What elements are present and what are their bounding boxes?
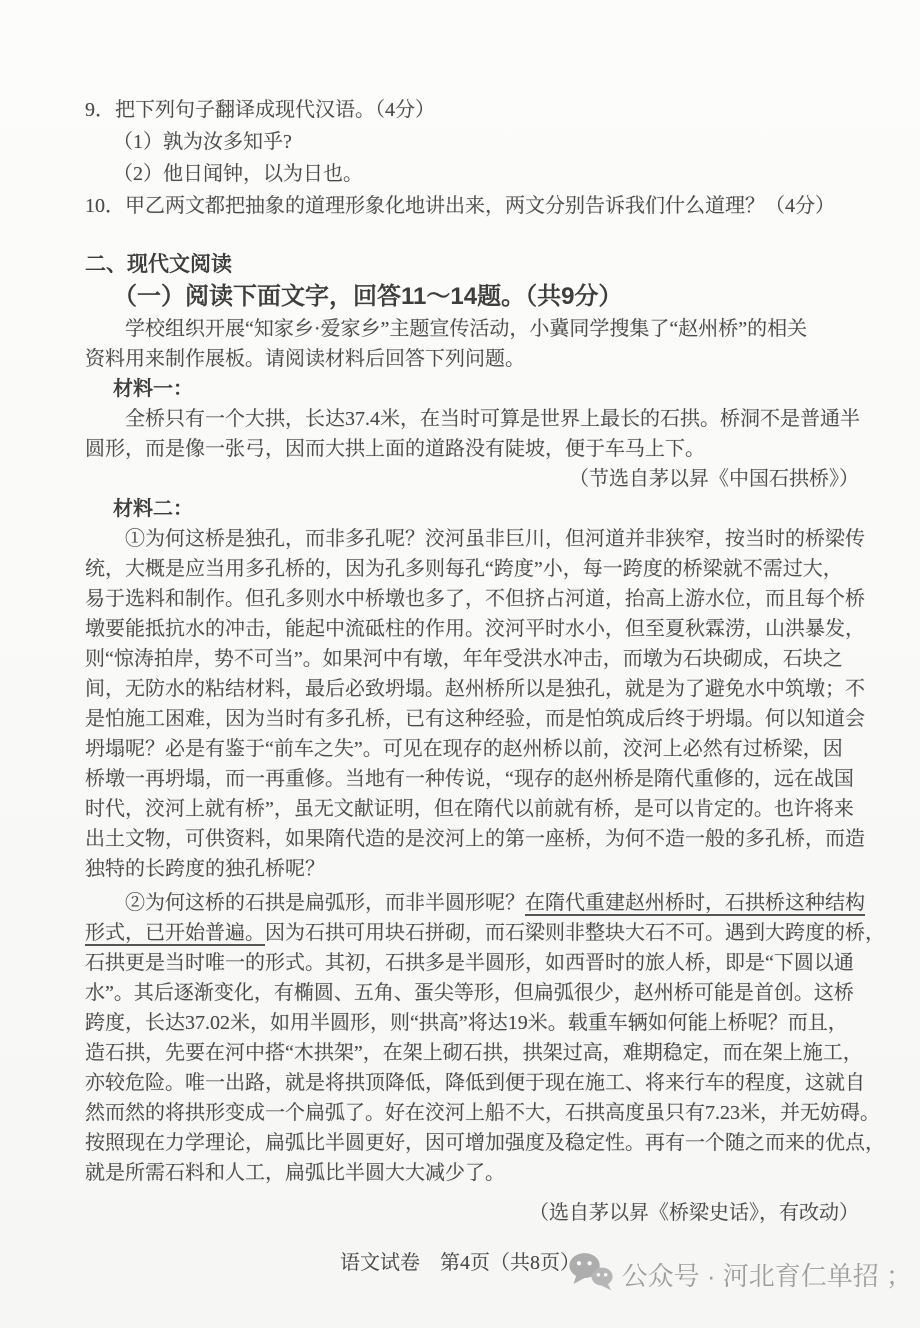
text-segment: 就是所需石料和人工，扁弧比半圆大大减少了。	[85, 1162, 505, 1184]
text-line: 桥墩一再坍塌，而一再重修。当地有一种传说，“现存的赵州桥是隋代重修的，远在战国	[85, 764, 865, 794]
questions-block: 9．把下列句子翻译成现代汉语。（4分） （1）孰为汝多知乎? （2）他日闻钟，以…	[85, 94, 865, 222]
text-segment: 然而然的将拱形变成一个扁弧了。好在洨河上船不大，石拱高度虽只有7.23米，并无妨…	[85, 1102, 880, 1124]
text-segment: 跨度，长达37.02米，如用半圆形，则“拱高”将达19米。载重车辆如何能上桥呢？…	[85, 1012, 848, 1034]
material-2-paragraph-1: ①为何这桥是独孔，而非多孔呢？洨河虽非巨川，但河道并非狭窄，按当时的桥梁传统，大…	[85, 524, 865, 884]
text-segment: 时代，洨河上就有桥”，虽无文献证明，但在隋代以前就有桥，是可以肯定的。也许将来	[85, 798, 854, 820]
section-2-block: 二、现代文阅读 （一）阅读下面文字，回答11～14题。（共9分） 学校组织开展“…	[85, 250, 865, 374]
text-line: 就是所需石料和人工，扁弧比半圆大大减少了。	[85, 1158, 865, 1188]
text-line: 造石拱，先要在河中搭“木拱架”，在架上砌石拱，拱架过高，难期稳定，而在架上施工，	[85, 1038, 865, 1068]
text-segment: 独特的长跨度的独孔桥呢？	[85, 858, 325, 880]
text-line: 易于选料和制作。但孔多则水中桥墩也多了，不但挤占河道，抬高上游水位，而且每个桥	[85, 584, 865, 614]
question-9-sub-2: （2）他日闻钟，以为日也。	[113, 158, 865, 190]
text-segment: 圆形，而是像一张弓，因而大拱上面的道路没有陡坡，便于车马上下。	[85, 438, 705, 460]
text-line: 出土文物，可供资料，如果隋代造的是洨河上的第一座桥，为何不造一般的多孔桥，而造	[85, 824, 865, 854]
material-2-attribution: （选自茅以昇《桥梁史话》，有改动）	[85, 1198, 865, 1228]
scanned-exam-page: 9．把下列句子翻译成现代汉语。（4分） （1）孰为汝多知乎? （2）他日闻钟，以…	[0, 0, 920, 1328]
text-segment: 是怕施工困难，因为当时有多孔桥，已有这种经验，而是怕筑成后终于坍塌。何以知道会	[85, 708, 865, 730]
text-segment: 水”。其后逐渐变化，有椭圆、五角、蛋尖等形，但扁弧很少，赵州桥可能是首创。这桥	[85, 982, 854, 1004]
text-line: 形式，已开始普遍。因为石拱可用块石拼砌，而石梁则非整块大石不可。遇到大跨度的桥，	[85, 918, 865, 948]
text-segment: 易于选料和制作。但孔多则水中桥墩也多了，不但挤占河道，抬高上游水位，而且每个桥	[85, 588, 865, 610]
text-line: 石拱更是当时唯一的形式。其初，石拱多是半圆形，如西晋时的旅人桥，即是“下圆以通	[85, 948, 865, 978]
text-segment: 全桥只有一个大拱，长达37.4米，在当时可算是世界上最长的石拱。桥洞不是普通半	[85, 408, 860, 430]
text-line: 间，无防水的粘结材料，最后必致坍塌。赵州桥所以是独孔，就是为了避免水中筑墩；不	[85, 674, 865, 704]
material-2-paragraph-2: ②为何这桥的石拱是扁弧形，而非半圆形呢？在隋代重建赵州桥时，石拱桥这种结构形式，…	[85, 888, 865, 1188]
wechat-icon	[568, 1251, 614, 1293]
text-line: 按照现在力学理论，扁弧比半圆更好，因可增加强度及稳定性。再有一个随之而来的优点，	[85, 1128, 865, 1158]
text-line: 全桥只有一个大拱，长达37.4米，在当时可算是世界上最长的石拱。桥洞不是普通半	[85, 404, 865, 434]
watermark: 公众号 · 河北育仁单招 ；	[568, 1256, 912, 1293]
section-subheading: （一）阅读下面文字，回答11～14题。（共9分）	[113, 280, 865, 314]
text-segment: 墩要能抵抗水的冲击，能起中流砥柱的作用。洨河平时水小，但至夏秋霖涝，山洪暴发，	[85, 618, 865, 640]
text-line: ①为何这桥是独孔，而非多孔呢？洨河虽非巨川，但河道并非狭窄，按当时的桥梁传	[85, 524, 865, 554]
underlined-text: 在隋代重建赵州桥时，石拱桥这种结构	[525, 892, 865, 914]
text-segment: 按照现在力学理论，扁弧比半圆更好，因可增加强度及稳定性。再有一个随之而来的优点，	[85, 1132, 885, 1154]
text-line: 是怕施工困难，因为当时有多孔桥，已有这种经验，而是怕筑成后终于坍塌。何以知道会	[85, 704, 865, 734]
text-line: 时代，洨河上就有桥”，虽无文献证明，但在隋代以前就有桥，是可以肯定的。也许将来	[85, 794, 865, 824]
text-line: ②为何这桥的石拱是扁弧形，而非半圆形呢？在隋代重建赵州桥时，石拱桥这种结构	[85, 888, 865, 918]
text-line: 亦较危险。唯一出路，就是将拱顶降低，降低到便于现在施工、将来行车的程度，这就自	[85, 1068, 865, 1098]
text-segment: 间，无防水的粘结材料，最后必致坍塌。赵州桥所以是独孔，就是为了避免水中筑墩；不	[85, 678, 865, 700]
material-1-label: 材料一：	[113, 374, 865, 404]
material-2-label: 材料二：	[113, 494, 865, 524]
underlined-text: 形式，已开始普遍。	[85, 922, 265, 944]
text-segment: 资料用来制作展板。请阅读材料后回答下列问题。	[85, 348, 525, 370]
material-2-block: 材料二： ①为何这桥是独孔，而非多孔呢？洨河虽非巨川，但河道并非狭窄，按当时的桥…	[85, 494, 865, 1188]
text-segment: 桥墩一再坍塌，而一再重修。当地有一种传说，“现存的赵州桥是隋代重修的，远在战国	[85, 768, 854, 790]
text-segment: ①为何这桥是独孔，而非多孔呢？洨河虽非巨川，但河道并非狭窄，按当时的桥梁传	[85, 528, 865, 550]
text-segment: 坍塌呢？必是有鉴于“前车之失”。可见在现存的赵州桥以前，洨河上必然有过桥梁，因	[85, 738, 843, 760]
question-9: 9．把下列句子翻译成现代汉语。（4分）	[85, 94, 865, 126]
text-line: 统，大概是应当用多孔桥的，因为孔多则每孔“跨度”小，每一跨度的桥梁就不需过大，	[85, 554, 865, 584]
text-segment: 因为石拱可用块石拼砌，而石梁则非整块大石不可。遇到大跨度的桥，	[265, 922, 885, 944]
material-1-block: 材料一： 全桥只有一个大拱，长达37.4米，在当时可算是世界上最长的石拱。桥洞不…	[85, 374, 865, 494]
question-9-sub-1: （1）孰为汝多知乎?	[113, 126, 865, 158]
text-line: 学校组织开展“知家乡·爱家乡”主题宣传活动，小冀同学搜集了“赵州桥”的相关	[85, 314, 865, 344]
text-line: 圆形，而是像一张弓，因而大拱上面的道路没有陡坡，便于车马上下。	[85, 434, 865, 464]
material-2-attribution-row: （选自茅以昇《桥梁史话》，有改动）	[85, 1198, 865, 1228]
section-heading: 二、现代文阅读	[85, 250, 865, 280]
material-1-body: 全桥只有一个大拱，长达37.4米，在当时可算是世界上最长的石拱。桥洞不是普通半圆…	[85, 404, 865, 464]
text-segment: 出土文物，可供资料，如果隋代造的是洨河上的第一座桥，为何不造一般的多孔桥，而造	[85, 828, 865, 850]
text-segment: ②为何这桥的石拱是扁弧形，而非半圆形呢？	[85, 892, 525, 914]
text-line: 跨度，长达37.02米，如用半圆形，则“拱高”将达19米。载重车辆如何能上桥呢？…	[85, 1008, 865, 1038]
text-segment: 石拱更是当时唯一的形式。其初，石拱多是半圆形，如西晋时的旅人桥，即是“下圆以通	[85, 952, 854, 974]
text-segment: 统，大概是应当用多孔桥的，因为孔多则每孔“跨度”小，每一跨度的桥梁就不需过大，	[85, 558, 843, 580]
text-segment: 学校组织开展“知家乡·爱家乡”主题宣传活动，小冀同学搜集了“赵州桥”的相关	[85, 318, 807, 340]
text-line: 水”。其后逐渐变化，有椭圆、五角、蛋尖等形，但扁弧很少，赵州桥可能是首创。这桥	[85, 978, 865, 1008]
text-line: 坍塌呢？必是有鉴于“前车之失”。可见在现存的赵州桥以前，洨河上必然有过桥梁，因	[85, 734, 865, 764]
section-intro: 学校组织开展“知家乡·爱家乡”主题宣传活动，小冀同学搜集了“赵州桥”的相关资料用…	[85, 314, 865, 374]
watermark-text: 公众号 · 河北育仁单招 ；	[622, 1256, 912, 1293]
text-segment: 造石拱，先要在河中搭“木拱架”，在架上砌石拱，拱架过高，难期稳定，而在架上施工，	[85, 1042, 863, 1064]
question-10: 10．甲乙两文都把抽象的道理形象化地讲出来，两文分别告诉我们什么道理？（4分）	[85, 190, 865, 222]
material-1-attribution: （节选自茅以昇《中国石拱桥》）	[85, 464, 865, 494]
text-line: 则“惊涛拍岸，势不可当”。如果河中有墩，年年受洪水冲击，而墩为石块砌成，石块之	[85, 644, 865, 674]
text-line: 墩要能抵抗水的冲击，能起中流砥柱的作用。洨河平时水小，但至夏秋霖涝，山洪暴发，	[85, 614, 865, 644]
text-segment: 亦较危险。唯一出路，就是将拱顶降低，降低到便于现在施工、将来行车的程度，这就自	[85, 1072, 865, 1094]
text-line: 然而然的将拱形变成一个扁弧了。好在洨河上船不大，石拱高度虽只有7.23米，并无妨…	[85, 1098, 865, 1128]
text-segment: 则“惊涛拍岸，势不可当”。如果河中有墩，年年受洪水冲击，而墩为石块砌成，石块之	[85, 648, 843, 670]
text-line: 独特的长跨度的独孔桥呢？	[85, 854, 865, 884]
text-line: 资料用来制作展板。请阅读材料后回答下列问题。	[85, 344, 865, 374]
